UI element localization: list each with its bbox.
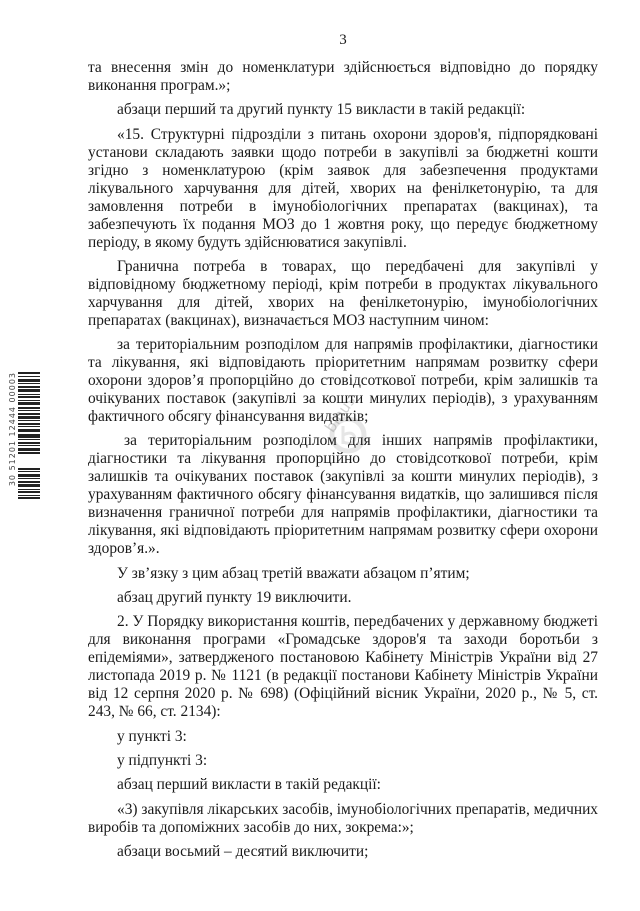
paragraph: абзаци перший та другий пункту 15 виклас… — [88, 101, 598, 119]
barcode-number: 30 51201 12444 00003 — [8, 372, 17, 486]
paragraph: у пункті 3: — [88, 728, 598, 746]
paragraph: 2. У Порядку використання коштів, передб… — [88, 613, 598, 721]
paragraph: абзац перший викласти в такій редакції: — [88, 776, 598, 794]
page-number: 3 — [0, 31, 640, 49]
barcode-bars-icon — [18, 372, 40, 524]
paragraph: у підпункті 3: — [88, 752, 598, 770]
paragraph: абзац другий пункту 19 виключити. — [88, 589, 598, 607]
paragraph: «3) закупівля лікарських засобів, імуноб… — [88, 801, 598, 837]
paragraph: абзаци восьмий – десятий виключити; — [88, 843, 598, 861]
paragraph: за територіальним розподілом для інших н… — [88, 432, 598, 558]
paragraph: Гранична потреба в товарах, що передбаче… — [88, 258, 598, 330]
document-body: та внесення змін до номенклатури здійсню… — [88, 59, 598, 867]
paragraph: У зв’язку з цим абзац третій вважати абз… — [88, 565, 598, 583]
paragraph: за територіальним розподілом для напрямі… — [88, 336, 598, 426]
paragraph: та внесення змін до номенклатури здійсню… — [88, 59, 598, 95]
paragraph: «15. Структурні підрозділи з питань охор… — [88, 126, 598, 252]
